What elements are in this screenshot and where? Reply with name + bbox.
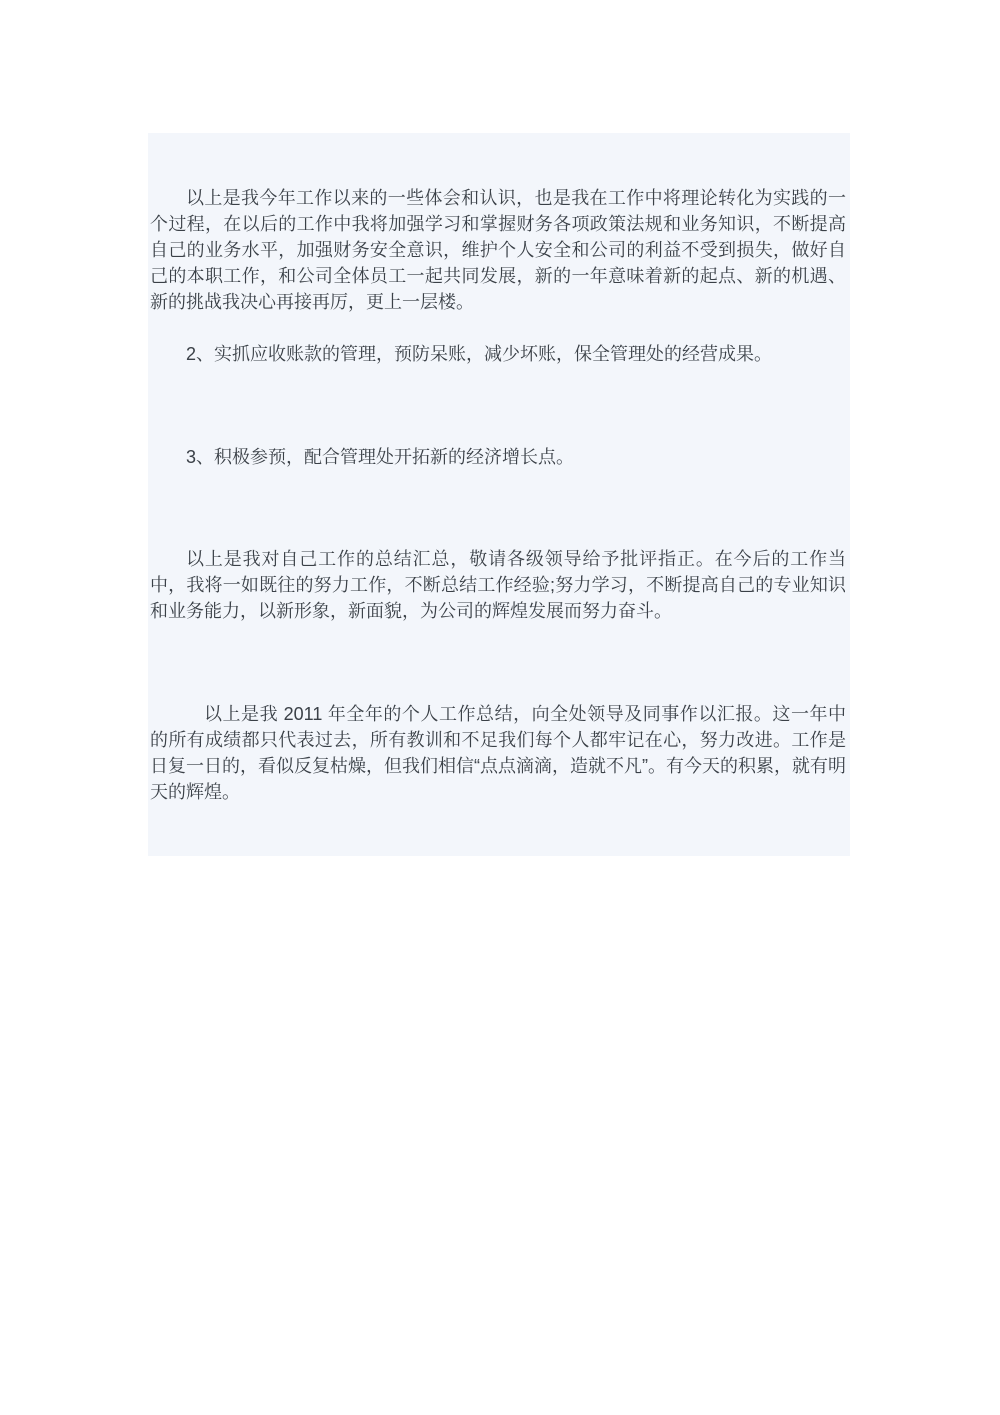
article-panel: 以上是我今年工作以来的一些体会和认识，也是我在工作中将理论转化为实践的一个过程，… [148,133,850,856]
paragraph-work-reflection: 以上是我今年工作以来的一些体会和认识，也是我在工作中将理论转化为实践的一个过程，… [150,185,846,315]
paragraph-item-2-receivables: 2、实抓应收账款的管理，预防呆账，减少坏账，保全管理处的经营成果。 [150,341,846,367]
paragraph-item-3-growth: 3、积极参预，配合管理处开拓新的经济增长点。 [150,444,846,470]
paragraph-year-2011-summary: 以上是我 2011 年全年的个人工作总结，向全处领导及同事作以汇报。这一年中的所… [150,701,846,805]
page: 以上是我今年工作以来的一些体会和认识，也是我在工作中将理论转化为实践的一个过程，… [0,0,1000,1415]
paragraph-summary-request: 以上是我对自己工作的总结汇总，敬请各级领导给予批评指正。在今后的工作当中，我将一… [150,546,846,624]
